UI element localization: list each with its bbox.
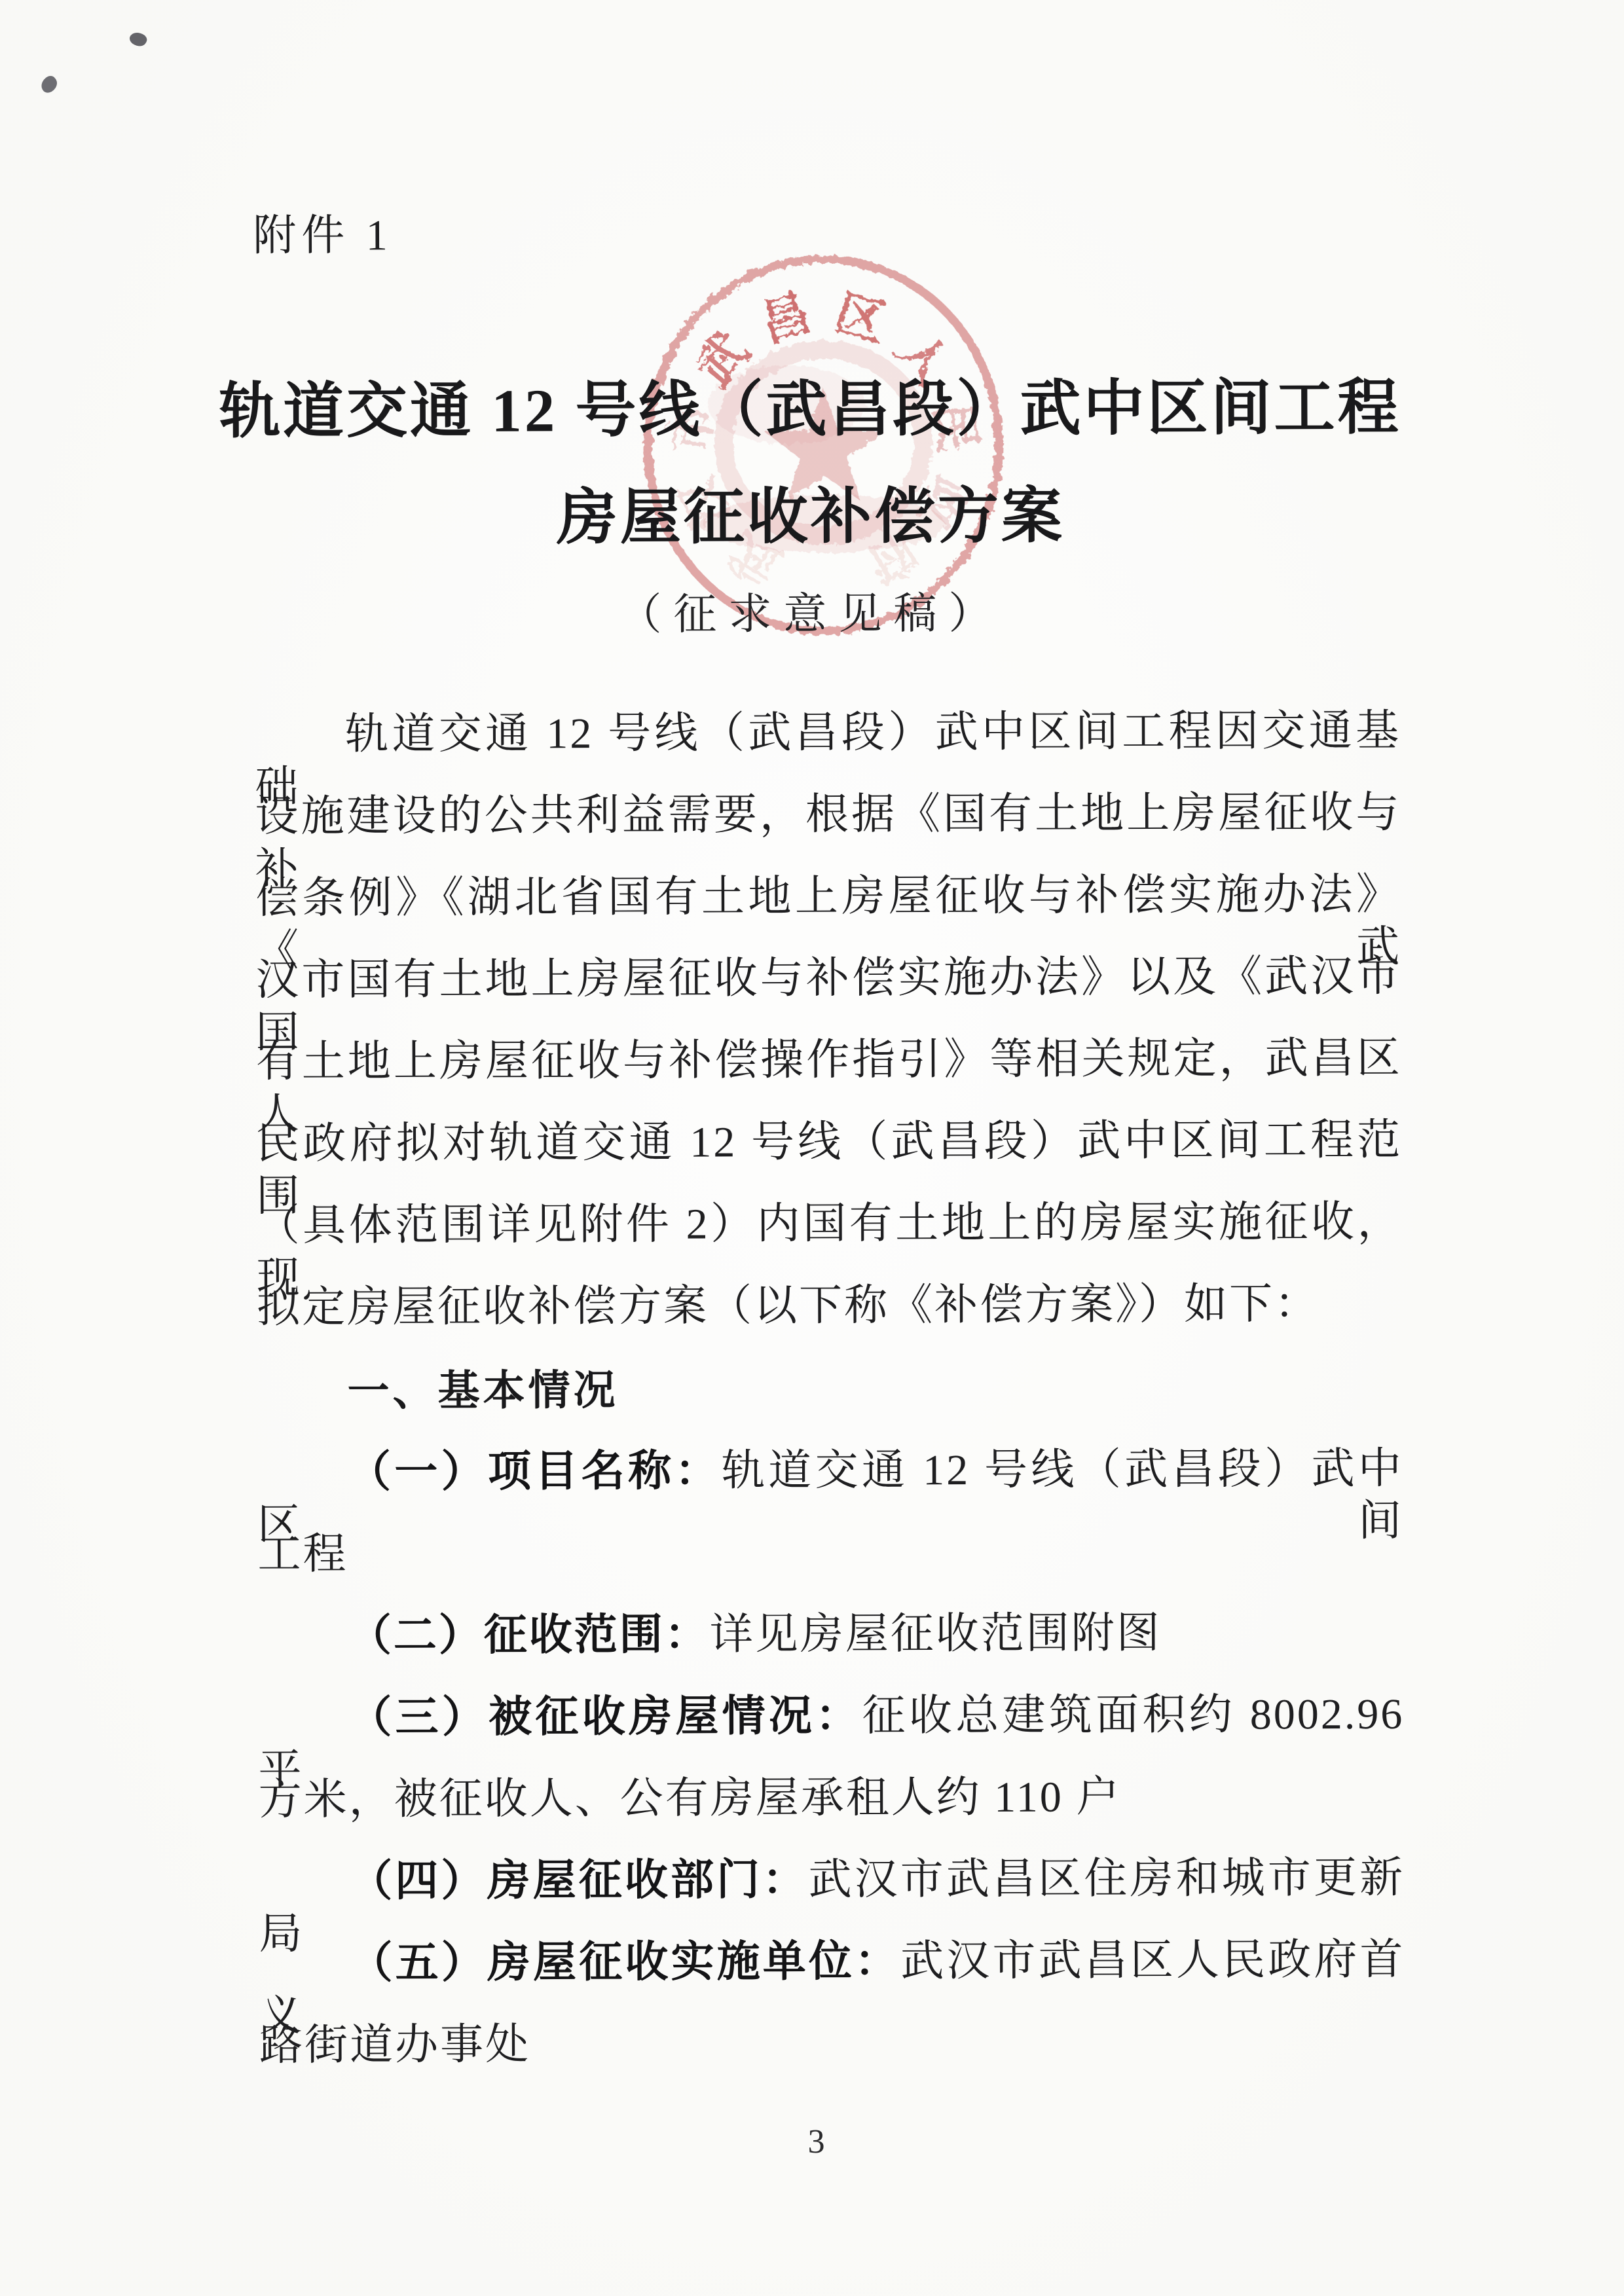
item-label: （五）房屋征收实施单位： — [349, 1938, 900, 1988]
body-line: 拟定房屋征收补偿方案（以下称《补偿方案》）如下： — [257, 1278, 1403, 1334]
attachment-label: 附件 1 — [253, 210, 393, 263]
item-label: （一）项目名称： — [348, 1447, 722, 1496]
document-content: 武汉市武昌区人民政府 附件 1 轨道交通 12 号线（武昌段）武中区间工程 房屋… — [0, 0, 1624, 2296]
document-subtitle: （征求意见稿） — [0, 584, 1623, 646]
document-title-line2: 房屋征收补偿方案 — [0, 479, 1623, 557]
seal-arc-char: 区 — [829, 285, 893, 352]
body-line: 方米，被征收人、公有房屋承租人约 110 户 — [259, 1770, 1405, 1827]
item-label: （四）房屋征收部门： — [349, 1856, 809, 1905]
body-line: 工程 — [257, 1525, 1403, 1581]
document-title-line1: 轨道交通 12 号线（武昌段）武中区间工程 — [0, 372, 1622, 450]
body-line: 路街道办事处 — [259, 2016, 1405, 2072]
body-line: （二）征收范围：详见房屋征收范围附图 — [258, 1607, 1404, 1663]
scanned-document-page: 武汉市武昌区人民政府 附件 1 轨道交通 12 号线（武昌段）武中区间工程 房屋… — [0, 0, 1624, 2296]
item-label: （二）征收范围： — [348, 1611, 710, 1660]
page-number: 3 — [4, 2120, 1624, 2164]
item-label: （三）被征收房屋情况： — [348, 1692, 862, 1742]
seal-arc-char: 昌 — [754, 285, 817, 352]
item-text: 详见房屋征收范围附图 — [710, 1609, 1162, 1658]
section-heading: 一、基本情况 — [257, 1361, 1403, 1417]
